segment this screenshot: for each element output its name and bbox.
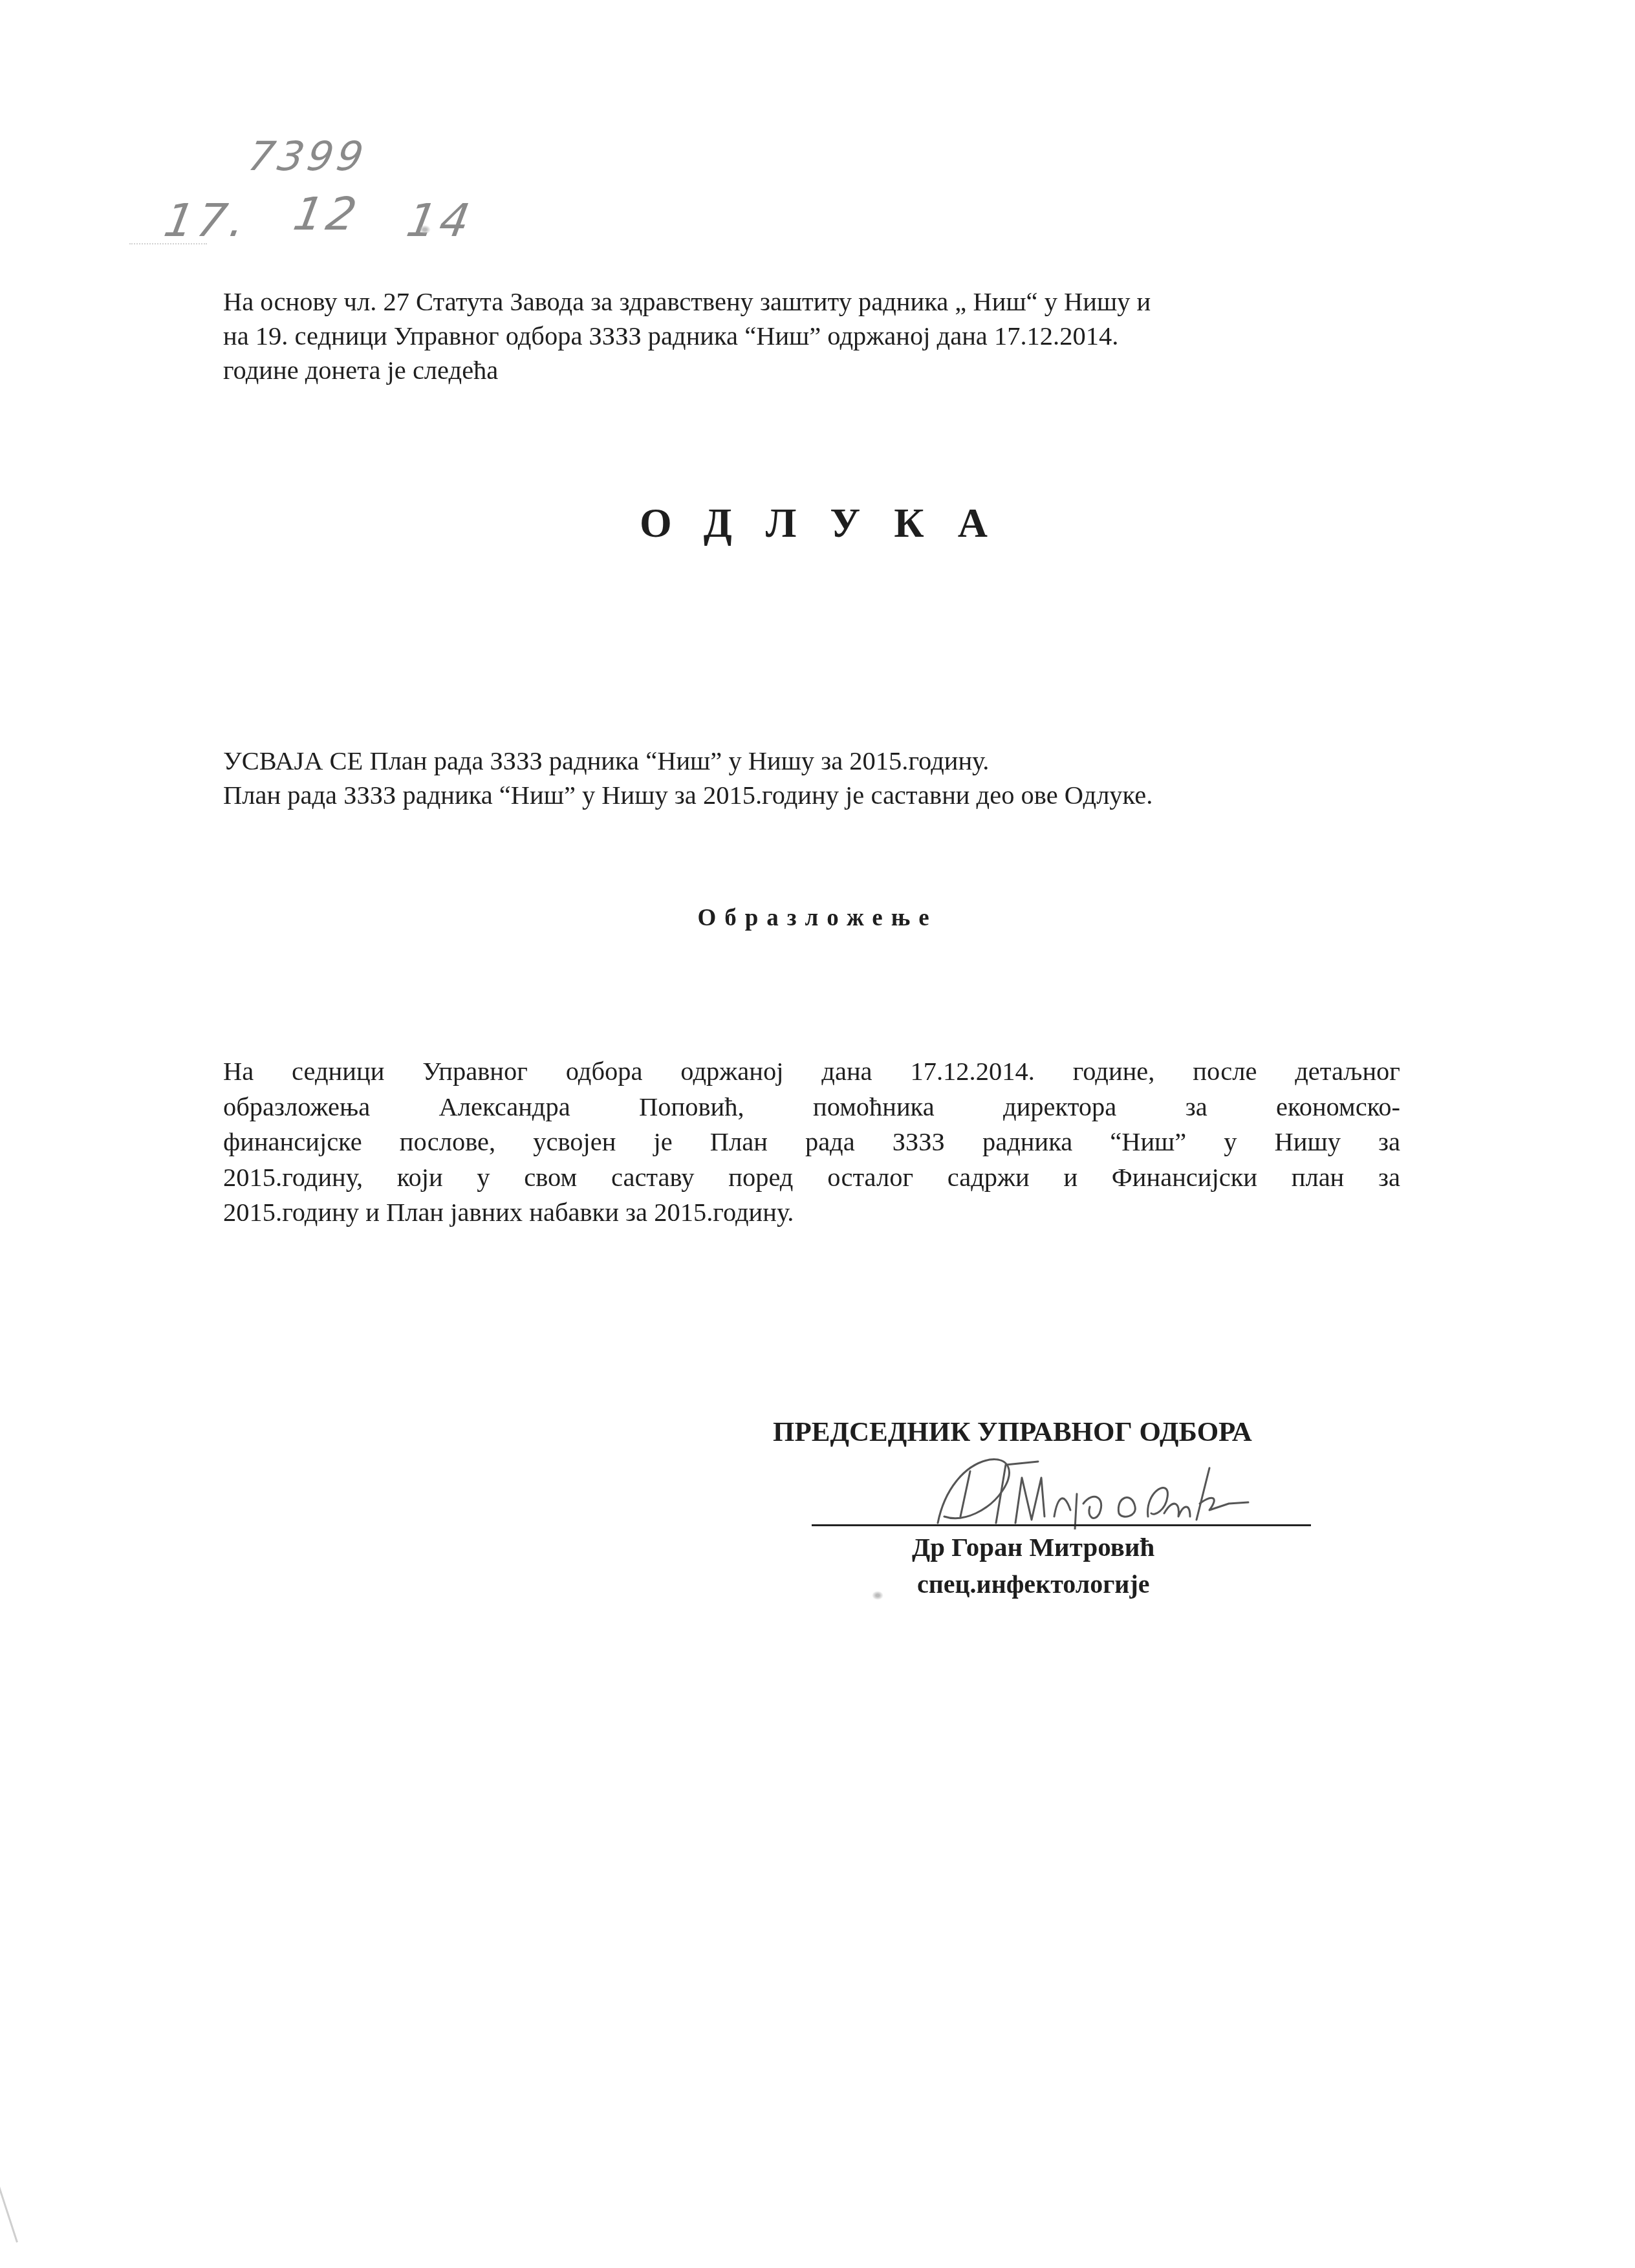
document-page: 7399 17. 12 14 На основу чл. 27 Статута … [0,0,1635,2268]
intro-line: На основу чл. 27 Статута Завода за здрав… [223,285,1400,319]
decision-line: План рада ЗЗЗЗ радника “Ниш” у Нишу за 2… [223,778,1400,812]
handwritten-date-month: 12 [290,188,365,241]
document-title: ОДЛУКА [0,499,1635,547]
explanation-line: образложења Александра Поповић, помоћник… [223,1090,1400,1125]
signature-line [812,1524,1311,1526]
handwritten-date-day: 17. [160,194,254,247]
decision-paragraph: УСВАЈА СЕ План рада ЗЗЗЗ радника “Ниш” у… [223,744,1400,812]
intro-paragraph: На основу чл. 27 Статута Завода за здрав… [223,285,1400,387]
intro-line: године донета је следећа [223,353,1400,387]
signatory-title: ПРЕДСЕДНИК УПРАВНОГ ОДБОРА [773,1416,1252,1448]
explanation-line: финансијске послове, усвојен је План рад… [223,1125,1400,1160]
intro-line: на 19. седници Управног одбора ЗЗЗЗ радн… [223,319,1400,353]
decision-line: УСВАЈА СЕ План рада ЗЗЗЗ радника “Ниш” у… [223,744,1400,778]
scan-artifact-line [129,243,207,244]
explanation-line: 2015.годину и План јавних набавки за 201… [223,1195,1400,1231]
scan-speck [419,225,431,234]
scan-edge-mark [0,2174,18,2243]
signatory-name: Др Горан Митровић [912,1531,1154,1562]
handwritten-date-year: 14 [403,194,478,247]
handwritten-registry-number: 7399 [245,133,371,180]
scan-speck [872,1591,883,1600]
handwritten-signature-icon [925,1452,1261,1529]
explanation-line: На седници Управног одбора одржаној дана… [223,1054,1400,1090]
signatory-role: спец.инфектологије [917,1569,1150,1599]
explanation-paragraph: На седници Управног одбора одржаној дана… [223,1054,1400,1231]
explanation-heading: Образложење [0,904,1635,932]
explanation-line: 2015.годину, који у свом саставу поред о… [223,1160,1400,1196]
